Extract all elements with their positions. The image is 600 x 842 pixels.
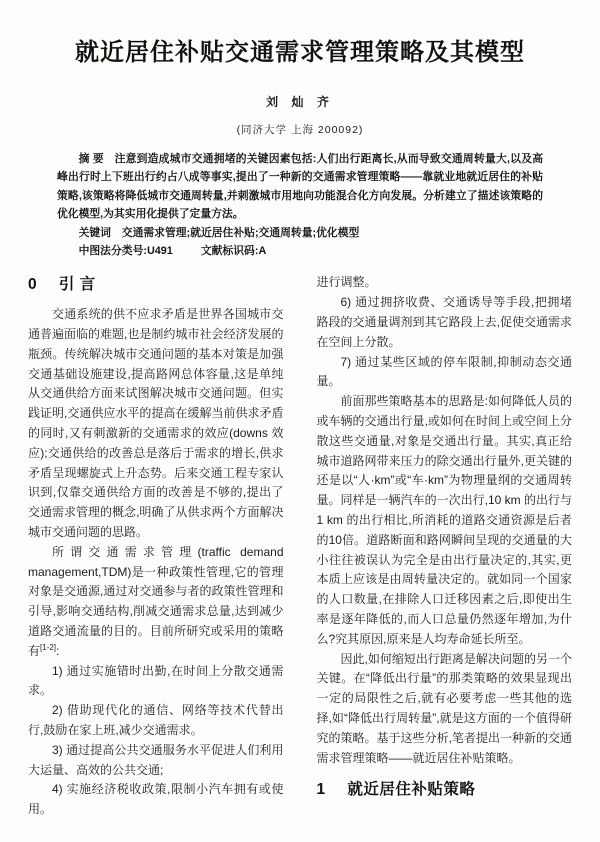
strategy-item-7: 7) 通过某些区域的停车限制,抑制动态交通量。 <box>317 353 573 393</box>
classification-line: 中图法分类号:U491文献标识码:A <box>57 242 543 260</box>
abstract-label: 摘 要 <box>79 153 115 165</box>
strategy-item-2: 2) 借助现代化的通信、网络等技术代替出行,鼓励在家上班,减少交通需求。 <box>28 701 284 741</box>
section-1-heading: 1就近居住补贴策略 <box>317 780 573 800</box>
clc-value: U491 <box>147 245 173 257</box>
doc-code-label: 文献标识码: <box>201 245 259 257</box>
strategy-item-6: 6) 通过拥挤收费、交通诱导等手段,把拥堵路段的交通量调剂到其它路段上去,促使交… <box>317 293 573 352</box>
reference-superscript: [1-2] <box>40 643 56 652</box>
abstract-text: 注意到造成城市交通拥堵的关键因素包括:人们出行距离长,从而导致交通周转量大,以及… <box>57 153 543 220</box>
section-0-title: 引 言 <box>59 276 96 293</box>
keywords-label: 关键词 <box>79 227 122 239</box>
tdm-text-before: 所谓交通需求管理(traffic demand management,TDM)是… <box>28 545 284 658</box>
tdm-definition-paragraph: 所谓交通需求管理(traffic demand management,TDM)是… <box>28 543 284 662</box>
abstract-paragraph: 摘 要注意到造成城市交通拥堵的关键因素包括:人们出行距离长,从而导致交通周转量大… <box>57 150 543 224</box>
abstract-block: 摘 要注意到造成城市交通拥堵的关键因素包括:人们出行距离长,从而导致交通周转量大… <box>57 150 543 260</box>
two-column-body: 0引 言 交通系统的供不应求矛盾是世界各国城市交通普遍面临的难题,也是制约城市社… <box>28 273 572 820</box>
paper-page: 就近居住补贴交通需求管理策略及其模型 刘 灿 齐 (同济大学 上海 200092… <box>0 0 600 842</box>
left-column: 0引 言 交通系统的供不应求矛盾是世界各国城市交通普遍面临的难题,也是制约城市社… <box>28 273 284 820</box>
section-0-number: 0 <box>28 275 37 295</box>
paper-title: 就近居住补贴交通需求管理策略及其模型 <box>28 32 572 67</box>
keywords-line: 关键词交通需求管理;就近居住补贴;交通周转量;优化模型 <box>57 224 543 242</box>
doc-code-value: A <box>258 245 266 257</box>
clc-label: 中图法分类号: <box>79 245 147 257</box>
continuation-fragment: 进行调整。 <box>317 273 573 293</box>
author-affiliation: (同济大学 上海 200092) <box>28 122 572 137</box>
keywords-text: 交通需求管理;就近居住补贴;交通周转量;优化模型 <box>122 227 360 239</box>
author-name: 刘 灿 齐 <box>28 93 572 110</box>
section-0-heading: 0引 言 <box>28 275 284 295</box>
section-1-number: 1 <box>317 780 326 800</box>
right-column: 进行调整。 6) 通过拥挤收费、交通诱导等手段,把拥堵路段的交通量调剂到其它路段… <box>317 273 573 820</box>
strategy-item-3: 3) 通过提高公共交通服务水平促进人们利用大运量、高效的公共交通; <box>28 741 284 781</box>
strategy-item-4: 4) 实施经济税收政策,限制小汽车拥有或使用。 <box>28 780 284 820</box>
section-1-title: 就近居住补贴策略 <box>347 781 475 798</box>
strategy-item-1: 1) 通过实施错时出勤,在时间上分散交通需求。 <box>28 662 284 702</box>
conclusion-paragraph: 因此,如何缩短出行距离是解决问题的另一个关键。在“降低出行量”的那类策略的效果显… <box>317 650 573 769</box>
turnover-analysis-paragraph: 前面那些策略基本的思路是:如何降低人员的或车辆的交通出行量,或如何在时间上或空间… <box>317 392 573 649</box>
intro-paragraph: 交通系统的供不应求矛盾是世界各国城市交通普遍面临的难题,也是制约城市社会经济发展… <box>28 305 284 543</box>
tdm-text-after: : <box>56 644 59 658</box>
